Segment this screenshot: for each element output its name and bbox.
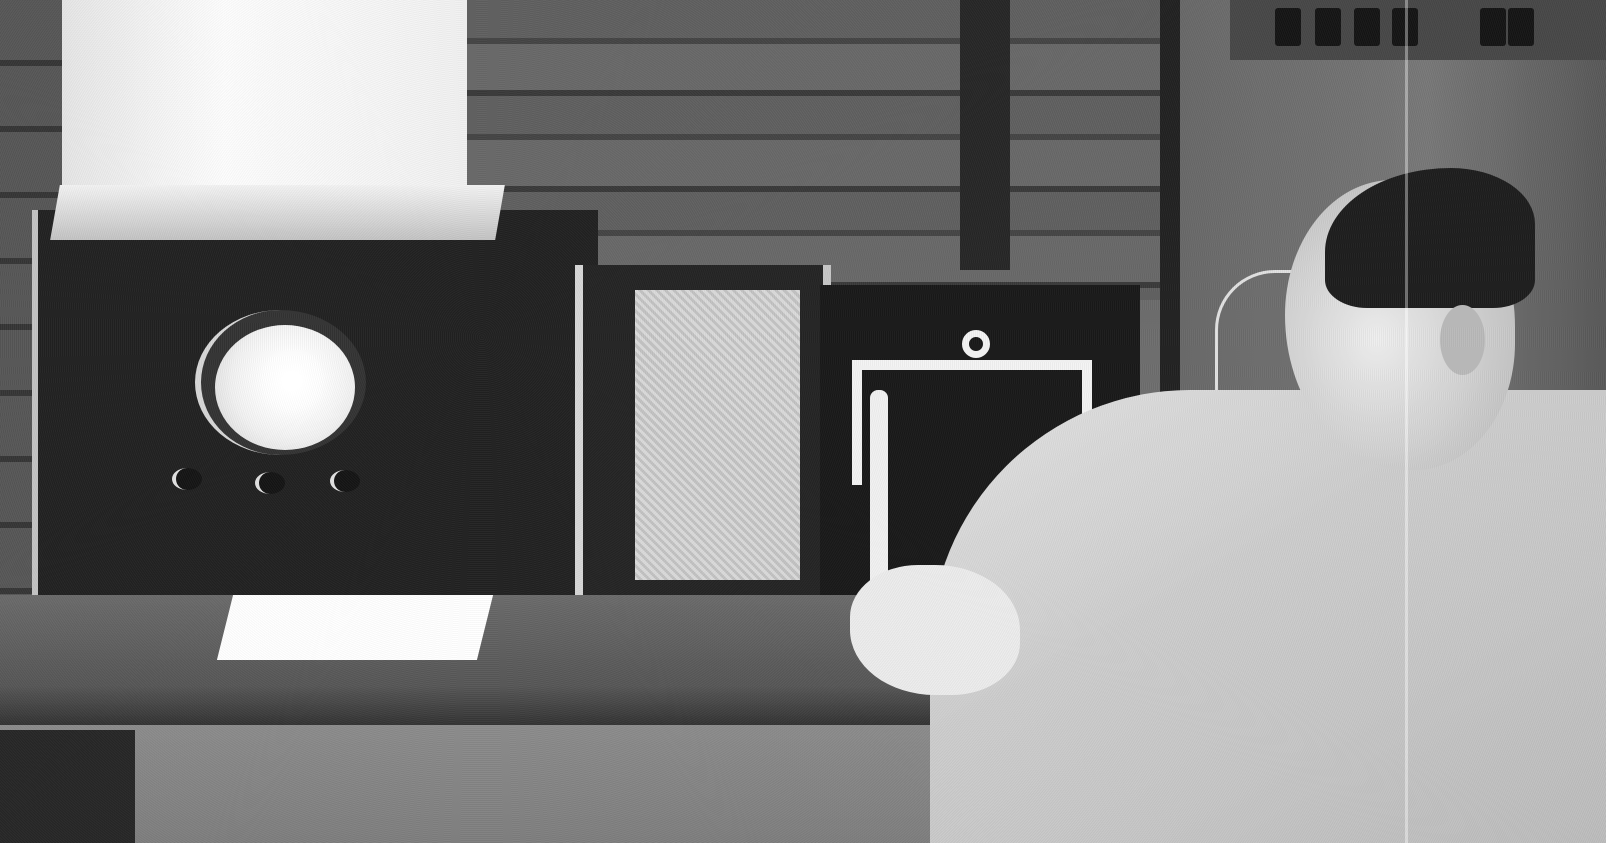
loop-antenna-ring bbox=[962, 330, 990, 358]
papers bbox=[217, 595, 493, 660]
photograph: A man in a light-colored jacket sits at … bbox=[0, 0, 1606, 843]
toggle-switch bbox=[1315, 8, 1341, 46]
toggle-switch bbox=[1275, 8, 1301, 46]
man-body bbox=[930, 390, 1606, 843]
cabinet-ledge bbox=[50, 185, 505, 240]
toggle-switch bbox=[1480, 8, 1506, 46]
wooden-post bbox=[960, 0, 1010, 270]
knob-icon bbox=[330, 470, 360, 492]
knob-icon bbox=[255, 472, 285, 494]
desk-leg bbox=[0, 730, 135, 843]
toggle-switch bbox=[1508, 8, 1534, 46]
man-ear bbox=[1440, 305, 1485, 375]
loop-antenna-handle bbox=[870, 390, 888, 600]
speaker-grille bbox=[635, 290, 800, 580]
rack-switch-panel bbox=[1230, 0, 1606, 60]
toggle-switch bbox=[1354, 8, 1380, 46]
man-hand bbox=[850, 565, 1020, 695]
knob-icon bbox=[172, 468, 202, 490]
tuning-dial bbox=[215, 325, 355, 450]
film-scratch bbox=[1405, 0, 1408, 843]
white-cabinet bbox=[62, 0, 467, 215]
